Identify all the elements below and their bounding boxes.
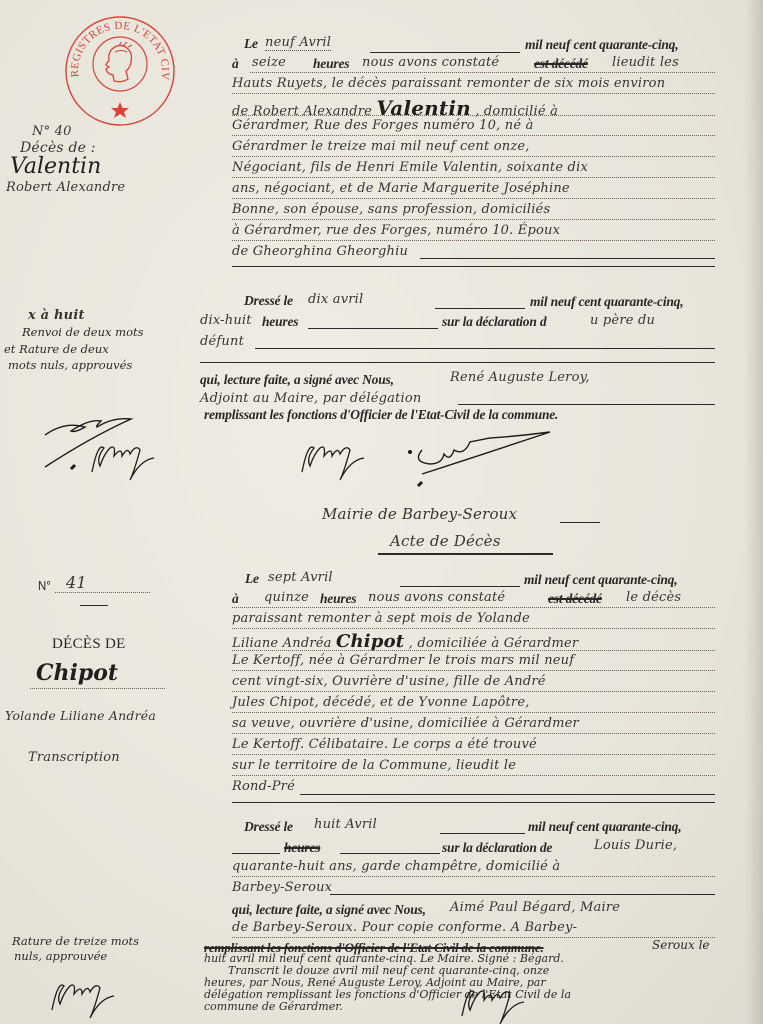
rule bbox=[560, 522, 600, 523]
signature-leroy-icon bbox=[42, 970, 132, 1020]
printed-signed: qui, lecture faite, a signé avec Nous, bbox=[200, 372, 394, 388]
rule bbox=[232, 802, 715, 803]
printed-year: mil neuf cent quarante-cinq, bbox=[525, 37, 678, 53]
printed-heures: heures bbox=[262, 314, 298, 330]
hand-declarant: u père du bbox=[590, 313, 655, 328]
margin-note-line: mots nuls, approuvés bbox=[8, 358, 132, 372]
hand-date: sept Avril bbox=[268, 570, 333, 585]
dotted-rule bbox=[232, 775, 715, 776]
printed-declaration: sur la déclaration de bbox=[442, 840, 552, 856]
hand-line: Négociant, fils de Henri Emile Valentin,… bbox=[232, 160, 588, 175]
heading-underline bbox=[378, 553, 553, 555]
hand-line: Hauts Ruyets, le décès paraissant remont… bbox=[232, 76, 665, 91]
act41-transcription-note: Transcription bbox=[28, 750, 120, 765]
dotted-rule bbox=[250, 72, 715, 73]
hand-declarant-3: Barbey-Seroux bbox=[232, 880, 332, 895]
dotted-rule bbox=[232, 733, 715, 734]
dotted-rule bbox=[232, 876, 715, 877]
hand-declarant: Louis Durie, bbox=[594, 838, 677, 853]
rule bbox=[340, 853, 440, 854]
rule bbox=[255, 348, 715, 349]
rule bbox=[300, 794, 715, 795]
hand-surname: Valentin bbox=[376, 96, 470, 120]
svg-text:REGISTRES DE L'ETAT CIVIL: REGISTRES DE L'ETAT CIVIL bbox=[63, 14, 171, 81]
printed-year: mil neuf cent quarante-cinq, bbox=[530, 294, 683, 310]
struck-heures: heures bbox=[284, 840, 320, 856]
hand-line: Bonne, son épouse, sans profession, domi… bbox=[232, 202, 550, 217]
act41-surname: Chipot bbox=[36, 660, 118, 686]
rule bbox=[330, 894, 715, 895]
hand-line: Gérardmer le treize mai mil neuf cent on… bbox=[232, 139, 530, 154]
hand-line: Liliane Andréa Chipot , domiciliée à Gér… bbox=[232, 631, 578, 652]
hand-line: Gérardmer, Rue des Forges numéro 10, né … bbox=[232, 118, 534, 133]
rule bbox=[420, 258, 715, 259]
printed-le: Le bbox=[245, 571, 259, 587]
hand-le-deces: le décès bbox=[626, 590, 681, 605]
hand-officer: Aimé Paul Bégard, Maire bbox=[450, 900, 620, 915]
hand-line: cent vingt-six, Ouvrière d'usine, fille … bbox=[232, 674, 546, 689]
dotted-rule bbox=[30, 688, 165, 689]
printed-a: à bbox=[232, 56, 239, 72]
act41-title: DÉCÈS DE bbox=[52, 636, 126, 653]
rule bbox=[400, 586, 520, 587]
mairie-heading: Mairie de Barbey-Seroux bbox=[322, 505, 517, 523]
dotted-rule bbox=[232, 115, 715, 116]
hand-line: à Gérardmer, rue des Forges, numéro 10. … bbox=[232, 223, 560, 238]
hand-hour: dix-huit bbox=[200, 313, 252, 328]
margin-note-line: Renvoi de deux mots bbox=[22, 325, 144, 339]
hand-constate: nous avons constaté bbox=[368, 590, 505, 605]
transcription-line: commune de Gérardmer. bbox=[204, 1000, 343, 1013]
hand-line: Le Kertoff, née à Gérardmer le trois mar… bbox=[232, 653, 574, 668]
dotted-rule bbox=[232, 240, 715, 241]
hand-hour: seize bbox=[252, 55, 286, 70]
rule bbox=[458, 404, 715, 405]
printed-function: remplissant les fonctions d'Officier de … bbox=[204, 407, 558, 423]
hand-line: de Robert Alexandre Valentin , domicilié… bbox=[232, 96, 558, 120]
dotted-rule bbox=[232, 219, 715, 220]
dotted-rule bbox=[232, 628, 715, 629]
act41-number: 41 bbox=[66, 573, 87, 592]
dotted-rule bbox=[232, 156, 715, 157]
act40-surname: Valentin bbox=[10, 154, 101, 179]
hand-line: sur le territoire de la Commune, lieudit… bbox=[232, 758, 516, 773]
dotted-rule bbox=[232, 198, 715, 199]
hand-surname: Chipot bbox=[336, 631, 404, 652]
rule bbox=[80, 605, 108, 606]
hand-line: de Gheorghina Gheorghiu bbox=[232, 244, 408, 259]
signature-leroy-icon bbox=[452, 978, 552, 1024]
act40-given-names: Robert Alexandre bbox=[6, 180, 125, 195]
margin-note-line: Rature de treize mots bbox=[12, 934, 139, 948]
hand-domicile: , domiciliée à Gérardmer bbox=[409, 636, 579, 651]
dotted-rule bbox=[232, 754, 715, 755]
act41-number-label: N° bbox=[38, 578, 51, 593]
dotted-rule bbox=[232, 650, 715, 651]
printed-declaration: sur la déclaration d bbox=[442, 314, 546, 330]
printed-a: à bbox=[232, 591, 239, 607]
printed-dresse-le: Dressé le bbox=[244, 293, 293, 309]
hand-lieudit: lieudit les bbox=[612, 55, 679, 70]
hand-line: ans, négociant, et de Marie Marguerite J… bbox=[232, 181, 570, 196]
hand-line: paraissant remonter à sept mois de Yolan… bbox=[232, 611, 530, 626]
hand-hour: quinze bbox=[264, 590, 309, 605]
printed-heures: heures bbox=[320, 591, 356, 607]
printed-signed: qui, lecture faite, a signé avec Nous, bbox=[232, 902, 426, 918]
acte-heading: Acte de Décès bbox=[390, 532, 501, 550]
rule bbox=[232, 853, 280, 854]
rule bbox=[370, 52, 520, 53]
hand-line: sa veuve, ouvrière d'usine, domiciliée à… bbox=[232, 716, 579, 731]
hand-line: Le Kertoff. Célibataire. Le corps a été … bbox=[232, 737, 537, 752]
page-edge-shadow bbox=[745, 0, 763, 1024]
dotted-rule bbox=[232, 607, 715, 608]
printed-heures: heures bbox=[313, 56, 349, 72]
margin-note-line: et Rature de deux bbox=[4, 342, 109, 356]
act40-date: neuf Avril bbox=[265, 35, 525, 50]
hand-given: de Robert Alexandre bbox=[232, 104, 372, 119]
hand-declarant-2: défunt bbox=[200, 334, 244, 349]
dotted-rule bbox=[232, 937, 715, 938]
hand-officer-2: de Barbey-Seroux. Pour copie conforme. A… bbox=[232, 920, 577, 935]
hand-given: Liliane Andréa bbox=[232, 636, 332, 651]
rule bbox=[440, 833, 525, 834]
struck-est-decede: est décédé bbox=[548, 591, 602, 607]
hand-declarant-2: quarante-huit ans, garde champêtre, domi… bbox=[232, 859, 560, 874]
hand-date: neuf Avril bbox=[265, 35, 331, 51]
rule bbox=[308, 328, 438, 329]
printed-dresse-le: Dressé le bbox=[244, 819, 293, 835]
act41-given-names: Yolande Liliane Andréa bbox=[5, 708, 156, 723]
hand-line: Rond-Pré bbox=[232, 779, 295, 794]
hand-drawn-date: dix avril bbox=[308, 292, 363, 307]
hand-line: Jules Chipot, décédé, et de Yvonne Lapôt… bbox=[232, 695, 530, 710]
printed-year: mil neuf cent quarante-cinq, bbox=[524, 572, 677, 588]
dotted-rule bbox=[232, 691, 715, 692]
signature-declarant-icon bbox=[400, 430, 575, 490]
etat-civil-stamp-icon: REGISTRES DE L'ETAT CIVIL bbox=[63, 14, 177, 128]
margin-correction: x à huit bbox=[28, 308, 85, 323]
dotted-rule bbox=[232, 135, 715, 136]
hand-drawn-date: huit Avril bbox=[314, 817, 377, 832]
dotted-rule bbox=[232, 712, 715, 713]
rule bbox=[232, 266, 715, 267]
hand-officer: René Auguste Leroy, bbox=[450, 370, 590, 385]
hand-constate: nous avons constaté bbox=[362, 55, 499, 70]
signature-leroy-icon bbox=[82, 432, 172, 482]
dotted-rule bbox=[232, 93, 715, 94]
dotted-rule bbox=[55, 592, 150, 593]
act40-number: N° 40 bbox=[32, 124, 72, 139]
hand-domicile: , domicilié à bbox=[475, 104, 558, 119]
printed-le: Le bbox=[244, 36, 258, 52]
hand-officer-2: Adjoint au Maire, par délégation bbox=[200, 391, 421, 406]
signature-leroy-icon bbox=[292, 432, 382, 482]
rule bbox=[200, 362, 715, 363]
struck-est-decede: est décédé bbox=[534, 56, 588, 72]
rule bbox=[435, 308, 525, 309]
margin-note-line: nuls, approuvée bbox=[14, 949, 107, 963]
hand-function-tail: Seroux le bbox=[652, 938, 710, 952]
civil-registry-page: REGISTRES DE L'ETAT CIVIL N° 40 Décès de… bbox=[0, 0, 763, 1024]
dotted-rule bbox=[232, 177, 715, 178]
dotted-rule bbox=[232, 670, 715, 671]
printed-year: mil neuf cent quarante-cinq, bbox=[528, 819, 681, 835]
